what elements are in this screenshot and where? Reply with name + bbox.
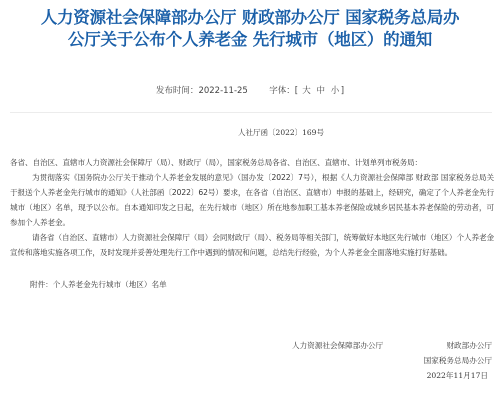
- font-size-medium-button[interactable]: 中: [315, 86, 327, 96]
- signature-tax-office: 国家税务总局办公厅: [424, 355, 492, 366]
- document-number: 人社厅函〔2022〕169号: [0, 127, 500, 138]
- font-size-bracket-open: [: [295, 86, 298, 96]
- attachment-link[interactable]: 附件：个人养老金先行城市（地区）名单: [30, 279, 167, 290]
- font-size-bracket-close: ]: [341, 86, 344, 96]
- font-size-small-button[interactable]: 小: [329, 86, 341, 96]
- body-paragraph-1: 为贯彻落实《国务院办公厅关于推动个人养老金发展的意见》（国办发〔2022〕7号）…: [10, 170, 494, 230]
- title-line-1: 人力资源社会保障部办公厅 财政部办公厅 国家税务总局办: [0, 7, 500, 29]
- article-meta: 发布时间：2022-11-25 字体：[ 大 中 小]: [0, 84, 500, 96]
- publish-label: 发布时间：: [156, 86, 199, 96]
- article-title: 人力资源社会保障部办公厅 财政部办公厅 国家税务总局办 公厅关于公布个人养老金 …: [0, 7, 500, 51]
- publish-date: 2022-11-25: [198, 86, 247, 96]
- article-body: 各省、自治区、直辖市人力资源社会保障厅（局）、财政厅（局），国家税务总局各省、自…: [10, 155, 494, 260]
- font-size-label: 字体：: [269, 86, 295, 96]
- header-separator: [10, 112, 492, 113]
- addressee: 各省、自治区、直辖市人力资源社会保障厅（局）、财政厅（局），国家税务总局各省、自…: [10, 155, 494, 170]
- signature-hr-office: 人力资源社会保障部办公厅: [292, 340, 383, 351]
- body-paragraph-2: 请各省（自治区、直辖市）人力资源社会保障厅（局）会同财政厅（局）、税务局等相关部…: [10, 230, 494, 260]
- title-line-2: 公厅关于公布个人养老金 先行城市（地区）的通知: [0, 29, 500, 51]
- font-size-large-button[interactable]: 大: [301, 86, 313, 96]
- signature-date: 2022年11月17日: [427, 370, 488, 381]
- signature-finance-office: 财政部办公厅: [446, 340, 492, 351]
